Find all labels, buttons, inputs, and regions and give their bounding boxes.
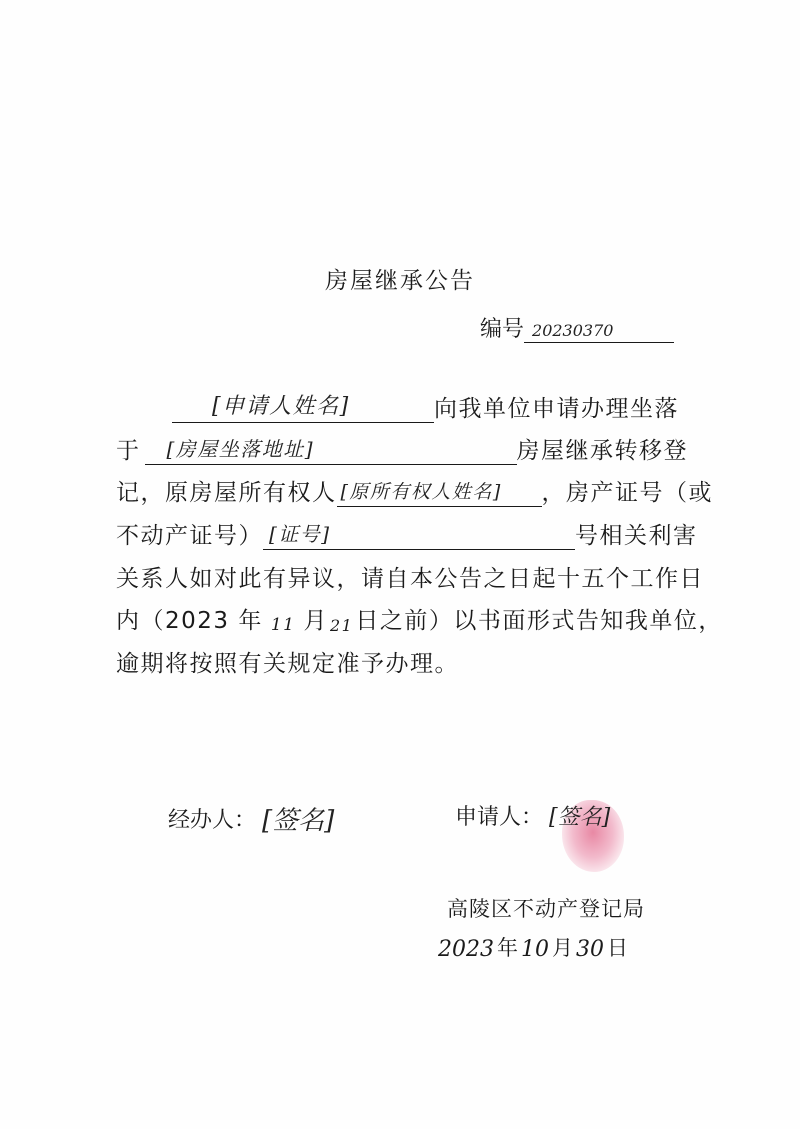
notice-page: 房屋继承公告 编号 20230370 [申请人姓名] 向我单位申请办理坐落 于 … [0,0,800,1129]
deadline-day-handwritten: 21 [330,616,353,635]
line2-text: 房屋继承转移登 [517,432,689,465]
line7-text: 逾期将按照有关规定准予办理。 [116,645,459,678]
line6-prefix: 内（2023 年 [116,602,263,635]
location-field: [房屋坐落地址] [145,436,517,465]
issue-date-row: 2023 年 10 月 30 日 [435,932,628,962]
body-line-4: 不动产证号） [证号] 号相关利害 [116,517,698,550]
body-line-2: 于 [房屋坐落地址] 房屋继承转移登 [116,432,688,465]
body-line-5: 关系人如对此有异议，请自本公告之日起十五个工作日 [116,560,704,593]
line2-prefix: 于 [116,432,141,465]
owners-handwritten: [原所有权人姓名] [341,477,502,504]
body-line-3: 记，原房屋所有权人 [原所有权人姓名] ，房产证号（或 [116,474,713,507]
line3-prefix: 记，原房屋所有权人 [116,474,337,507]
location-handwritten: [房屋坐落地址] [167,433,315,462]
owners-field: [原所有权人姓名] [337,478,542,507]
certificate-field: [证号] [263,521,575,550]
applicant-signature: [签名] [549,800,610,831]
applicant-field: [申请人姓名] [172,394,434,423]
line6-text: 日之前）以书面形式告知我单位， [355,602,723,635]
line3-text: ，房产证号（或 [542,474,714,507]
line4-text: 号相关利害 [575,517,698,550]
number-value: 20230370 [532,321,613,340]
applicant-label: 申请人： [455,800,543,831]
line6-month-label: 月 [304,602,329,635]
body-line-6: 内（2023 年 11 月 21 日之前）以书面形式告知我单位， [116,602,723,635]
document-number-row: 编号 20230370 [480,312,674,343]
issue-year-handwritten: 2023 [438,937,494,962]
issue-month-handwritten: 10 [521,937,549,962]
issue-year-label: 年 [497,932,518,962]
number-label: 编号 [480,312,524,343]
body-line-7: 逾期将按照有关规定准予办理。 [116,645,459,678]
handler-label: 经办人： [168,803,256,834]
body-line-1: [申请人姓名] 向我单位申请办理坐落 [172,390,679,423]
issue-month-label: 月 [552,932,573,962]
document-title: 房屋继承公告 [0,262,800,295]
applicant-handwritten: [申请人姓名] [212,389,350,420]
deadline-month-handwritten: 11 [271,615,296,635]
line4-prefix: 不动产证号） [116,517,263,550]
certificate-handwritten: [证号] [269,518,331,547]
handler-signature-row: 经办人： [签名] [168,800,334,837]
number-field: 20230370 [524,314,674,343]
issue-day-handwritten: 30 [576,937,604,962]
issue-day-label: 日 [607,932,628,962]
issuing-authority: 高陵区不动产登记局 [447,893,645,923]
line1-text: 向我单位申请办理坐落 [434,390,679,423]
handler-signature: [签名] [262,800,334,837]
line5-text: 关系人如对此有异议，请自本公告之日起十五个工作日 [116,560,704,593]
applicant-signature-row: 申请人： [签名] [455,800,610,831]
